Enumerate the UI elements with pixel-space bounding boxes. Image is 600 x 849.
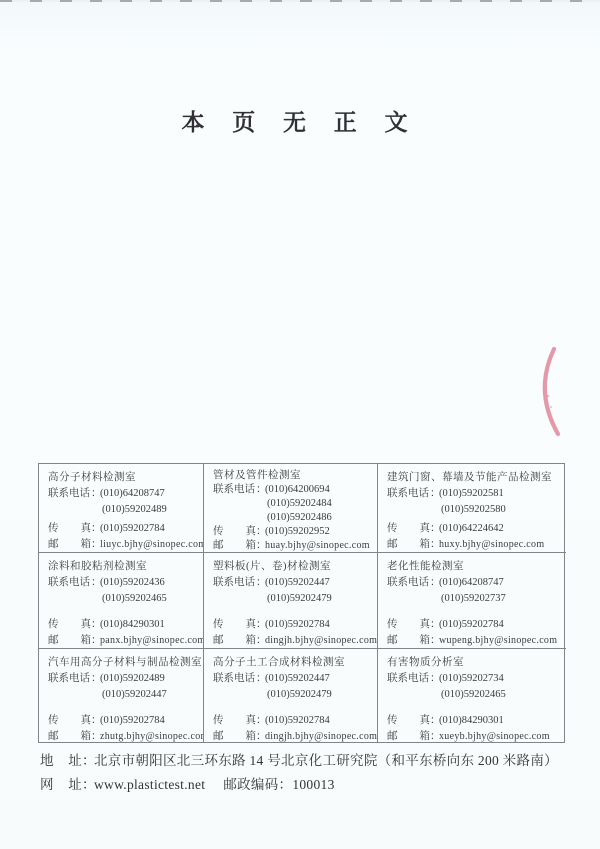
- fax-line: 传真：(010)59202784: [213, 713, 373, 729]
- fax-label: 传真: [48, 713, 91, 729]
- page-title: 本 页 无 正 文: [0, 104, 600, 137]
- email-line: 邮箱：panx.bjhy@sinopec.com: [48, 633, 199, 649]
- colon: ：: [430, 713, 439, 729]
- address-line: 地址：北京市朝阳区北三环东路 14 号北京化工研究院（和平东桥向东 200 米路…: [40, 749, 558, 769]
- phone-value-2: (010)59202479: [213, 687, 373, 703]
- colon: ：: [91, 486, 100, 502]
- lab-cell-polymer-materials: 高分子材料检测室 联系电话：(010)64208747 (010)5920248…: [39, 464, 204, 553]
- fax-value: (010)59202784: [265, 619, 330, 630]
- fax-line: 传真：(010)59202784: [387, 617, 562, 633]
- lab-name: 建筑门窗、幕墙及节能产品检测室: [387, 470, 562, 486]
- fax-line: 传真：(010)59202784: [48, 713, 199, 729]
- phone-value-2: (010)59202489: [48, 502, 199, 518]
- address-value: 北京市朝阳区北三环东路 14 号北京化工研究院（和平东桥向东 200 米路南）: [94, 753, 558, 768]
- lab-name: 塑料板(片、卷)材检测室: [213, 559, 373, 575]
- scan-edge-artifact: [0, 0, 600, 2]
- email-label: 邮箱: [213, 539, 256, 553]
- phone-value: (010)59202734: [439, 673, 504, 684]
- phone-line: 联系电话：(010)64208747: [48, 486, 199, 502]
- lab-cell-plastic-sheet: 塑料板(片、卷)材检测室 联系电话：(010)59202447 (010)592…: [204, 553, 378, 649]
- phone-line: 联系电话：(010)59202489: [48, 671, 199, 687]
- phone-label: 联系电话: [213, 671, 256, 687]
- phone-label: 联系电话: [48, 671, 91, 687]
- fax-label: 传真: [387, 521, 430, 537]
- colon: ：: [91, 521, 100, 537]
- phone-value-3: (010)59202486: [213, 511, 373, 525]
- lab-cell-hazardous-substances: 有害物质分析室 联系电话：(010)59202734 (010)59202465…: [378, 649, 566, 742]
- phone-value-2: (010)59202737: [387, 591, 562, 607]
- colon: ：: [91, 671, 100, 687]
- lab-name: 高分子材料检测室: [48, 470, 199, 486]
- email-value: dingjh.bjhy@sinopec.com: [265, 635, 377, 646]
- phone-line: 联系电话：(010)59202447: [213, 671, 373, 687]
- email-label: 邮箱: [387, 633, 430, 649]
- website-group: 网址：www.plastictest.net: [40, 773, 205, 793]
- postcode-label: 邮政编码: [223, 777, 278, 792]
- lab-name: 涂料和胶粘剂检测室: [48, 559, 199, 575]
- lab-name: 老化性能检测室: [387, 559, 562, 575]
- colon: ：: [430, 617, 439, 633]
- colon: ：: [91, 575, 100, 591]
- phone-value-2: (010)59202580: [387, 502, 562, 518]
- phone-label: 联系电话: [213, 575, 256, 591]
- email-line: 邮箱：wupeng.bjhy@sinopec.com: [387, 633, 562, 649]
- email-label: 邮箱: [387, 729, 430, 742]
- colon: ：: [256, 633, 265, 649]
- phone-value-2: (010)59202465: [387, 687, 562, 703]
- fax-label: 传真: [387, 713, 430, 729]
- fax-value: (010)59202784: [100, 523, 165, 534]
- phone-label: 联系电话: [387, 575, 430, 591]
- lab-cell-aging-performance: 老化性能检测室 联系电话：(010)64208747 (010)59202737…: [378, 553, 566, 649]
- colon: ：: [256, 617, 265, 633]
- phone-label: 联系电话: [48, 486, 91, 502]
- fax-label: 传真: [213, 525, 256, 539]
- colon: ：: [256, 525, 265, 539]
- email-value: dingjh.bjhy@sinopec.com: [265, 731, 377, 742]
- colon: ：: [82, 773, 94, 793]
- fax-line: 传真：(010)59202784: [48, 521, 199, 537]
- phone-value: (010)64208747: [439, 577, 504, 588]
- phone-line: 联系电话：(010)59202447: [213, 575, 373, 591]
- address-label: 地址: [40, 749, 82, 769]
- phone-value-2: (010)59202484: [213, 497, 373, 511]
- phone-line: 联系电话：(010)59202581: [387, 486, 562, 502]
- colon: ：: [91, 537, 100, 553]
- colon: ：: [91, 713, 100, 729]
- fax-label: 传真: [213, 713, 256, 729]
- phone-value-2: (010)59202479: [213, 591, 373, 607]
- fax-line: 传真：(010)59202784: [213, 617, 373, 633]
- colon: ：: [279, 777, 293, 792]
- colon: ：: [82, 749, 94, 769]
- colon: ：: [256, 539, 265, 553]
- fax-label: 传真: [387, 617, 430, 633]
- colon: ：: [430, 486, 439, 502]
- email-value: wupeng.bjhy@sinopec.com: [439, 635, 557, 646]
- red-stamp-arc: [518, 344, 570, 440]
- email-line: 邮箱：dingjh.bjhy@sinopec.com: [213, 633, 373, 649]
- colon: ：: [430, 537, 439, 553]
- phone-line: 联系电话：(010)64208747: [387, 575, 562, 591]
- email-label: 邮箱: [48, 729, 91, 742]
- colon: ：: [256, 713, 265, 729]
- fax-value: (010)59202952: [265, 526, 330, 537]
- lab-cell-pipes-fittings: 管材及管件检测室 联系电话：(010)64200694 (010)5920248…: [204, 464, 378, 553]
- fax-label: 传真: [48, 617, 91, 633]
- colon: ：: [91, 633, 100, 649]
- postcode-value: 100013: [292, 777, 334, 792]
- colon: ：: [430, 633, 439, 649]
- colon: ：: [430, 575, 439, 591]
- website-value: www.plastictest.net: [94, 777, 205, 792]
- fax-value: (010)84290301: [100, 619, 165, 630]
- fax-label: 传真: [213, 617, 256, 633]
- colon: ：: [430, 671, 439, 687]
- colon: ：: [256, 575, 265, 591]
- phone-label: 联系电话: [387, 486, 430, 502]
- email-label: 邮箱: [48, 633, 91, 649]
- email-value: huay.bjhy@sinopec.com: [265, 540, 370, 551]
- email-value: liuyc.bjhy@sinopec.com: [100, 539, 204, 550]
- fax-line: 传真：(010)59202952: [213, 525, 373, 539]
- lab-cell-building-windows: 建筑门窗、幕墙及节能产品检测室 联系电话：(010)59202581 (010)…: [378, 464, 566, 553]
- colon: ：: [256, 483, 265, 497]
- postcode-group: 邮政编码：100013: [223, 773, 334, 793]
- email-line: 邮箱：liuyc.bjhy@sinopec.com: [48, 537, 199, 553]
- colon: ：: [256, 729, 265, 742]
- email-label: 邮箱: [213, 729, 256, 742]
- colon: ：: [91, 729, 100, 742]
- fax-value: (010)59202784: [439, 619, 504, 630]
- email-line: 邮箱：zhutg.bjhy@sinopec.com: [48, 729, 199, 742]
- website-line: 网址：www.plastictest.net 邮政编码：100013: [40, 773, 335, 793]
- website-label: 网址: [40, 773, 82, 793]
- lab-name: 有害物质分析室: [387, 655, 562, 671]
- fax-line: 传真：(010)64224642: [387, 521, 562, 537]
- email-label: 邮箱: [48, 537, 91, 553]
- colon: ：: [256, 671, 265, 687]
- fax-value: (010)59202784: [100, 715, 165, 726]
- phone-line: 联系电话：(010)59202436: [48, 575, 199, 591]
- fax-line: 传真：(010)84290301: [48, 617, 199, 633]
- fax-value: (010)64224642: [439, 523, 504, 534]
- phone-value: (010)59202581: [439, 488, 504, 499]
- labs-contact-table: 高分子材料检测室 联系电话：(010)64208747 (010)5920248…: [38, 463, 565, 743]
- lab-cell-coatings-adhesives: 涂料和胶粘剂检测室 联系电话：(010)59202436 (010)592024…: [39, 553, 204, 649]
- phone-value: (010)59202447: [265, 673, 330, 684]
- colon: ：: [91, 617, 100, 633]
- fax-label: 传真: [48, 521, 91, 537]
- lab-name: 汽车用高分子材料与制品检测室: [48, 655, 199, 671]
- lab-name: 管材及管件检测室: [213, 469, 373, 483]
- email-label: 邮箱: [213, 633, 256, 649]
- fax-value: (010)84290301: [439, 715, 504, 726]
- email-value: panx.bjhy@sinopec.com: [100, 635, 204, 646]
- fax-line: 传真：(010)84290301: [387, 713, 562, 729]
- phone-line: 联系电话：(010)64200694: [213, 483, 373, 497]
- email-line: 邮箱：xueyb.bjhy@sinopec.com: [387, 729, 562, 742]
- colon: ：: [430, 521, 439, 537]
- email-line: 邮箱：huay.bjhy@sinopec.com: [213, 539, 373, 553]
- phone-label: 联系电话: [387, 671, 430, 687]
- lab-name: 高分子土工合成材料检测室: [213, 655, 373, 671]
- phone-value: (010)64208747: [100, 488, 165, 499]
- phone-value-2: (010)59202447: [48, 687, 199, 703]
- phone-value-2: (010)59202465: [48, 591, 199, 607]
- phone-line: 联系电话：(010)59202734: [387, 671, 562, 687]
- phone-label: 联系电话: [213, 483, 256, 497]
- email-line: 邮箱：dingjh.bjhy@sinopec.com: [213, 729, 373, 742]
- lab-cell-automotive-polymer: 汽车用高分子材料与制品检测室 联系电话：(010)59202489 (010)5…: [39, 649, 204, 742]
- phone-label: 联系电话: [48, 575, 91, 591]
- email-value: xueyb.bjhy@sinopec.com: [439, 731, 550, 742]
- email-value: huxy.bjhy@sinopec.com: [439, 539, 544, 550]
- email-line: 邮箱：huxy.bjhy@sinopec.com: [387, 537, 562, 553]
- fax-value: (010)59202784: [265, 715, 330, 726]
- phone-value: (010)59202436: [100, 577, 165, 588]
- phone-value: (010)59202447: [265, 577, 330, 588]
- email-value: zhutg.bjhy@sinopec.com: [100, 731, 204, 742]
- email-label: 邮箱: [387, 537, 430, 553]
- phone-value: (010)59202489: [100, 673, 165, 684]
- colon: ：: [430, 729, 439, 742]
- lab-cell-geosynthetics: 高分子土工合成材料检测室 联系电话：(010)59202447 (010)592…: [204, 649, 378, 742]
- phone-value: (010)64200694: [265, 484, 330, 495]
